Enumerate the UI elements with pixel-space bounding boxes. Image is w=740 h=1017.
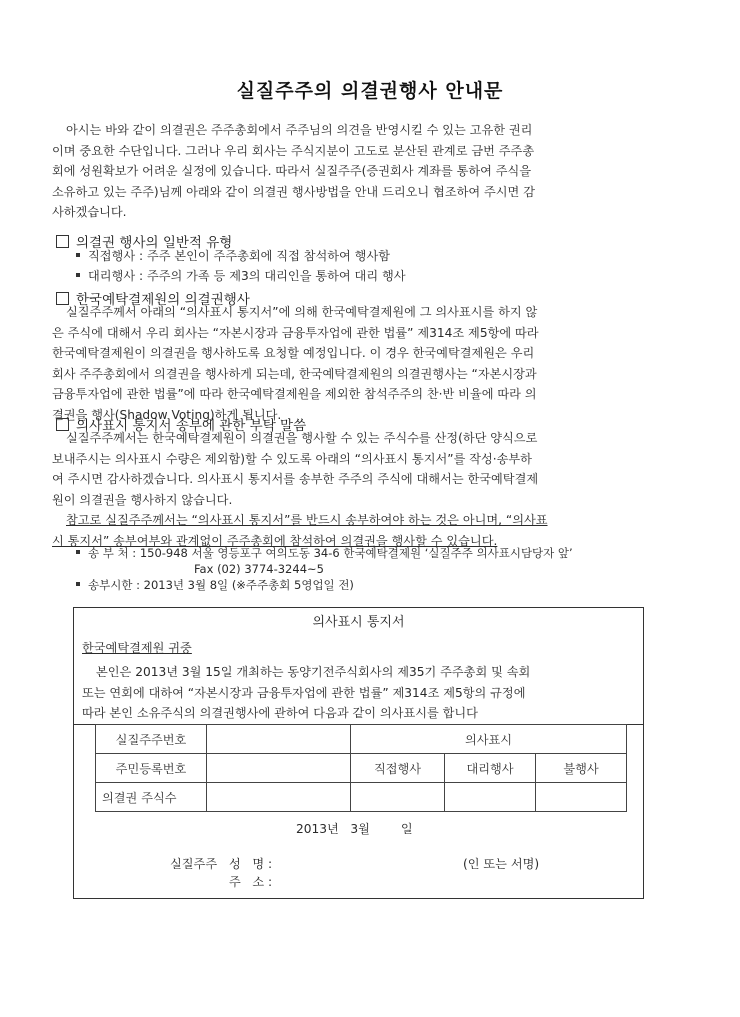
option-proxy: 대리행사 bbox=[445, 754, 536, 783]
fax-number: Fax (02) 3774-3244~5 bbox=[194, 561, 324, 577]
paragraph-line: 여 주시면 감사하겠습니다. 의사표시 통지서를 송부한 주주의 주식에 대해서… bbox=[52, 469, 538, 490]
row-label: 의결권 주식수 bbox=[96, 783, 207, 812]
intro-line: 아시는 바와 같이 의결권은 주주총회에서 주주님의 의견을 반영시킬 수 있는… bbox=[52, 120, 692, 141]
notice-form: 의사표시 통지서 한국예탁결제원 귀중 본인은 2013년 3월 15일 개최하… bbox=[73, 607, 644, 899]
intent-table: 실질주주번호 의사표시 주민등록번호 직접행사 대리행사 불행사 의결권 주식수 bbox=[95, 724, 627, 812]
bullet-text: 직접행사 : 주주 본인이 주주총회에 직접 참석하여 행사함 bbox=[88, 249, 390, 263]
bullet-icon bbox=[76, 253, 80, 257]
deadline-text: 송부시한 : 2013년 3월 8일 (※주주총회 5영업일 전) bbox=[88, 578, 354, 592]
notice-body-line: 본인은 2013년 3월 15일 개최하는 동양기전주식회사의 제35기 주주총… bbox=[82, 662, 530, 683]
intro-paragraph: 아시는 바와 같이 의결권은 주주총회에서 주주님의 의견을 반영시킬 수 있는… bbox=[52, 120, 692, 223]
signer-label: 실질주주 bbox=[170, 854, 217, 875]
send-to-text: 송 부 처 : 150-948 서울 영등포구 여의도동 34-6 한국예탁결제… bbox=[88, 546, 573, 560]
note-line: 참고로 실질주주께서는 “의사표시 통지서”를 반드시 송부하여야 하는 것은 … bbox=[52, 510, 548, 531]
intent-header: 의사표시 bbox=[351, 725, 627, 754]
direct-count-field[interactable] bbox=[351, 783, 445, 812]
form-date: 2013년 3월 일 bbox=[296, 819, 413, 840]
deadline: 송부시한 : 2013년 3월 8일 (※주주총회 5영업일 전) bbox=[76, 577, 354, 593]
bullet-item: 직접행사 : 주주 본인이 주주총회에 직접 참석하여 행사함 bbox=[76, 246, 390, 267]
paragraph-line: 은 주식에 대해서 우리 회사는 “자본시장과 금융투자업에 관한 법률” 제3… bbox=[52, 323, 539, 344]
intro-line: 소유하고 있는 주주)님께 아래와 같이 의결권 행사방법을 안내 드리오니 협… bbox=[52, 182, 692, 203]
share-count-field[interactable] bbox=[207, 783, 351, 812]
send-to: 송 부 처 : 150-948 서울 영등포구 여의도동 34-6 한국예탁결제… bbox=[76, 545, 573, 561]
notice-body-line: 또는 연회에 대하여 “자본시장과 금융투자업에 관한 법률” 제314조 제5… bbox=[82, 683, 530, 704]
paragraph-line: 원이 의결권을 행사하지 않습니다. bbox=[52, 490, 538, 511]
paragraph-line: 회사 주주총회에서 의결권을 행사하게 되는데, 한국예탁결제원의 의결권행사는… bbox=[52, 364, 539, 385]
page-title: 실질주주의 의결권행사 안내문 bbox=[0, 76, 740, 103]
paragraph-line: 한국예탁결제원이 의결권을 행사하도록 요청할 예정입니다. 이 경우 한국예탁… bbox=[52, 343, 539, 364]
seal-label: (인 또는 서명) bbox=[463, 854, 539, 875]
resident-number-field[interactable] bbox=[207, 754, 351, 783]
shareholder-number-field[interactable] bbox=[207, 725, 351, 754]
proxy-count-field[interactable] bbox=[445, 783, 536, 812]
checkbox-square-icon bbox=[56, 235, 69, 248]
section2-paragraph: 실질주주께서 아래의 “의사표시 통지서”에 의해 한국예탁결제원에 그 의사표… bbox=[52, 302, 539, 425]
abstain-count-field[interactable] bbox=[536, 783, 627, 812]
paragraph-line: 실질주주께서 아래의 “의사표시 통지서”에 의해 한국예탁결제원에 그 의사표… bbox=[52, 302, 539, 323]
bullet-item: 대리행사 : 주주의 가족 등 제3의 대리인을 통하여 대리 행사 bbox=[76, 266, 406, 287]
bullet-icon bbox=[76, 273, 80, 277]
notice-body: 본인은 2013년 3월 15일 개최하는 동양기전주식회사의 제35기 주주총… bbox=[82, 662, 530, 724]
section3-paragraph: 실질주주께서는 한국예탁결제원이 의결권을 행사할 수 있는 주식수를 산정(하… bbox=[52, 428, 538, 510]
bullet-text: 대리행사 : 주주의 가족 등 제3의 대리인을 통하여 대리 행사 bbox=[88, 269, 406, 283]
notice-addressee: 한국예탁결제원 귀중 bbox=[82, 638, 192, 659]
paragraph-line: 금융투자업에 관한 법률”에 따라 한국예탁결제원을 제외한 참석주주의 찬·반… bbox=[52, 384, 539, 405]
option-abstain: 불행사 bbox=[536, 754, 627, 783]
row-label: 주민등록번호 bbox=[96, 754, 207, 783]
row-label: 실질주주번호 bbox=[96, 725, 207, 754]
paragraph-line: 실질주주께서는 한국예탁결제원이 의결권을 행사할 수 있는 주식수를 산정(하… bbox=[52, 428, 538, 449]
intro-line: 사하겠습니다. bbox=[52, 202, 692, 223]
address-label: 주 소 : bbox=[229, 872, 272, 893]
option-direct: 직접행사 bbox=[351, 754, 445, 783]
notice-body-line: 따라 본인 소유주식의 의결권행사에 관하여 다음과 같이 의사표시를 합니다 bbox=[82, 703, 530, 724]
intro-line: 회에 성원확보가 어려운 실정에 있습니다. 따라서 실질주주(증권회사 계좌를… bbox=[52, 161, 692, 182]
bullet-icon bbox=[76, 582, 80, 586]
bullet-icon bbox=[76, 550, 80, 554]
notice-title: 의사표시 통지서 bbox=[74, 611, 643, 630]
paragraph-line: 보내주시는 의사표시 수량은 제외함)할 수 있도록 아래의 “의사표시 통지서… bbox=[52, 449, 538, 470]
intro-line: 이며 중요한 수단입니다. 그러나 우리 회사는 주식지분이 고도로 분산된 관… bbox=[52, 141, 692, 162]
